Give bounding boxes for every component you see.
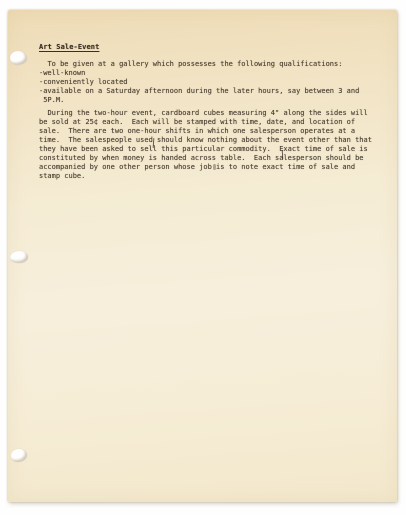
punch-hole-bottom: [11, 449, 27, 462]
paper-sheet: Art Sale-Event To be given at a gallery …: [8, 10, 397, 502]
scanned-document: Art Sale-Event To be given at a gallery …: [0, 0, 406, 515]
punch-hole-top: [10, 51, 27, 65]
document-title: Art Sale-Event: [39, 43, 99, 52]
punch-hole-middle: [10, 251, 28, 263]
paragraph-qualifications: To be given at a gallery which possesses…: [39, 60, 387, 105]
paragraph-event-details: During the two-hour event, cardboard cub…: [39, 109, 387, 181]
pen-correction-mark: [213, 164, 216, 170]
